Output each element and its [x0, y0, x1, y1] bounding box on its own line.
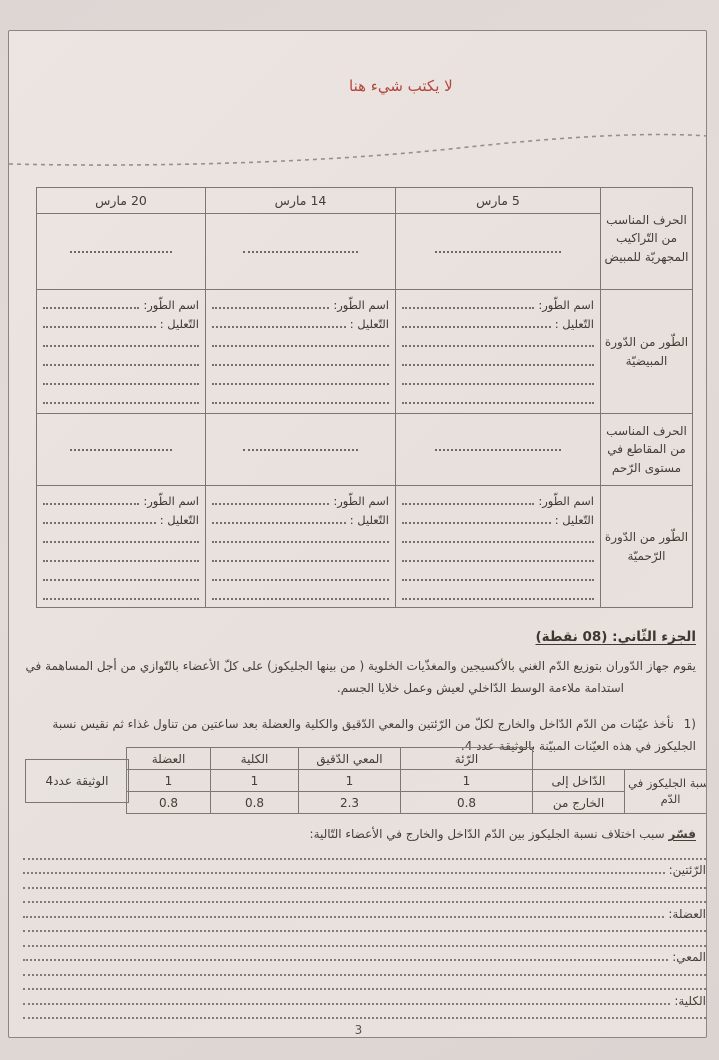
dotted-answer-line [212, 402, 389, 404]
dotted-answer-line [43, 579, 199, 581]
row-label-uterus-sections: الحرف المناسب من المقاطع في مستوى الرّحم [601, 414, 693, 486]
dotted-answer-line [43, 364, 199, 366]
dotted-answer-line [402, 307, 534, 309]
dotted-answer-line [23, 959, 668, 961]
dotted-answer-line [212, 307, 329, 309]
dotted-answer-line [43, 402, 199, 404]
organ-header-lung: الرّئة [401, 748, 533, 770]
explain-rest: سبب اختلاف نسبة الجليكوز بين الدّم الدّا… [310, 827, 669, 841]
scanned-exam-page: { "note_top": "لا يكتب شيء هنا", "cycle_… [0, 0, 719, 1060]
justification-label: التّعليل : [156, 514, 199, 527]
date-header-cell: 5 مارس [396, 188, 601, 214]
dotted-answer-line [43, 383, 199, 385]
question1-number: 1) [678, 713, 696, 735]
dotted-answer-line [402, 364, 594, 366]
justification-label: التّعليل : [346, 318, 389, 331]
dotted-answer-line [23, 974, 706, 976]
dotted-answer-line [212, 345, 389, 347]
dotted-answer-line [402, 522, 551, 524]
dotted-answer-line [23, 930, 706, 932]
answer-cell [37, 214, 206, 290]
dotted-answer-line [402, 402, 594, 404]
dotted-answer-line [212, 326, 346, 328]
date-header-cell: 14 مارس [206, 188, 396, 214]
dotted-answer-line [435, 251, 560, 253]
dotted-answer-line [402, 503, 534, 505]
dotted-answer-line [212, 541, 389, 543]
dotted-answer-line [435, 449, 560, 451]
dotted-answer-line [212, 598, 389, 600]
value-cell: 0.8 [211, 792, 299, 814]
answer-cell [206, 414, 396, 486]
organ-header-muscle: العضلة [127, 748, 211, 770]
value-cell: 1 [299, 770, 401, 792]
no-write-note: لا يكتب شيء هنا [349, 77, 453, 95]
row-group-label: نسبة الجليكوز في الدّم [625, 770, 708, 814]
organ-label-intestine: المعي: [668, 951, 706, 963]
dotted-answer-line [43, 541, 199, 543]
value-cell: 2.3 [299, 792, 401, 814]
part2-points: (08 نقطة) [536, 629, 608, 645]
dotted-answer-line [212, 522, 346, 524]
answer-cell [206, 214, 396, 290]
row-label-ovarian-phase: الطّور من الدّورة المبيضيّة [601, 290, 693, 414]
intro-line2: استدامة ملاءمة الوسط الدّاخلي لعيش وعمل … [20, 677, 696, 699]
phase-name-label: اسم الطّور: [534, 495, 594, 508]
document4-label: الوثيقة عدد4 [46, 774, 109, 788]
phase-answer-cell: اسم الطّور: التّعليل : [37, 290, 206, 414]
dotted-answer-line [43, 307, 139, 309]
row-label-entering: الدّاخل إلى [533, 770, 625, 792]
dotted-answer-line [212, 560, 389, 562]
value-cell: 1 [401, 770, 533, 792]
dotted-answer-line [43, 326, 156, 328]
row-label-ovary-structures: الحرف المناسب من التّراكيب المجهريّة للم… [601, 188, 693, 290]
phase-answer-cell: اسم الطّور: التّعليل : [396, 486, 601, 608]
explain-answer-lines: الرّئتين: العضلة: المعي: الكلية: [23, 847, 706, 1021]
dotted-answer-line [402, 326, 551, 328]
row-label-exiting: الخارج من [533, 792, 625, 814]
organ-header-kidney: الكلية [211, 748, 299, 770]
dotted-answer-line [23, 858, 706, 860]
organ-label-kidney: الكلية: [670, 995, 706, 1007]
value-cell: 1 [127, 770, 211, 792]
empty-corner-cell [533, 748, 708, 770]
phase-answer-cell: اسم الطّور: التّعليل : [396, 290, 601, 414]
dotted-answer-line [212, 383, 389, 385]
dotted-answer-line [43, 560, 199, 562]
phase-name-label: اسم الطّور: [329, 495, 389, 508]
row-label-uterine-phase: الطّور من الدّورة الرّحميّة [601, 486, 693, 608]
dotted-answer-line [43, 503, 139, 505]
dotted-answer-line [243, 251, 359, 253]
cycle-observation-table: الحرف المناسب من التّراكيب المجهريّة للم… [36, 187, 693, 608]
dotted-answer-line [212, 364, 389, 366]
page-number: 3 [9, 1023, 707, 1037]
intro-line1: يقوم جهاز الدّوران بتوزيع الدّم الغني با… [26, 659, 696, 673]
dashed-separator [9, 126, 707, 171]
dotted-answer-line [23, 1017, 706, 1019]
organ-header-small-intestine: المعي الدّقيق [299, 748, 401, 770]
explain-verb: فسّر [668, 827, 696, 841]
dotted-answer-line [402, 560, 594, 562]
explain-prompt: فسّر سبب اختلاف نسبة الجليكوز بين الدّم … [310, 827, 696, 841]
dotted-answer-line [402, 541, 594, 543]
document4-label-box: الوثيقة عدد4 [25, 759, 129, 803]
phase-name-label: اسم الطّور: [139, 495, 199, 508]
dotted-answer-line [23, 916, 664, 918]
value-cell: 0.8 [127, 792, 211, 814]
phase-name-label: اسم الطّور: [534, 299, 594, 312]
glucose-data-table: الرّئة المعي الدّقيق الكلية العضلة نسبة … [126, 747, 707, 814]
answer-cell [396, 214, 601, 290]
dotted-answer-line [23, 988, 706, 990]
organ-label-muscle: العضلة: [664, 908, 706, 920]
justification-label: التّعليل : [551, 318, 594, 331]
phase-name-label: اسم الطّور: [139, 299, 199, 312]
dotted-answer-line [402, 579, 594, 581]
answer-cell [396, 414, 601, 486]
dotted-answer-line [23, 872, 665, 874]
dotted-answer-line [23, 945, 706, 947]
justification-label: التّعليل : [551, 514, 594, 527]
part2-title: الجزء الثّاني: [612, 629, 696, 645]
phase-name-label: اسم الطّور: [329, 299, 389, 312]
question1-line1: نأخذ عيّنات من الدّم الدّاخل والخارج لكل… [80, 717, 674, 731]
dotted-answer-line [43, 522, 156, 524]
dotted-answer-line [212, 579, 389, 581]
justification-label: التّعليل : [346, 514, 389, 527]
exam-sheet: لا يكتب شيء هنا الحرف المناسب من التّراك… [8, 30, 707, 1038]
justification-label: التّعليل : [156, 318, 199, 331]
phase-answer-cell: اسم الطّور: التّعليل : [37, 486, 206, 608]
dotted-answer-line [402, 598, 594, 600]
dotted-answer-line [402, 345, 594, 347]
part2-heading: الجزء الثّاني: (08 نقطة) [536, 629, 697, 645]
dotted-answer-line [23, 901, 706, 903]
part2-intro-paragraph: يقوم جهاز الدّوران بتوزيع الدّم الغني با… [20, 655, 696, 699]
phase-answer-cell: اسم الطّور: التّعليل : [206, 486, 396, 608]
dotted-answer-line [402, 383, 594, 385]
dotted-answer-line [43, 598, 199, 600]
dotted-answer-line [212, 503, 329, 505]
value-cell: 0.8 [401, 792, 533, 814]
dotted-answer-line [43, 345, 199, 347]
dotted-answer-line [23, 1003, 670, 1005]
value-cell: 1 [211, 770, 299, 792]
organ-label-lungs: الرّئتين: [665, 864, 706, 876]
dotted-answer-line [243, 449, 359, 451]
phase-answer-cell: اسم الطّور: التّعليل : [206, 290, 396, 414]
dotted-answer-line [23, 887, 706, 889]
dotted-answer-line [70, 251, 173, 253]
answer-cell [37, 414, 206, 486]
dotted-answer-line [70, 449, 173, 451]
date-header-cell: 20 مارس [37, 188, 206, 214]
